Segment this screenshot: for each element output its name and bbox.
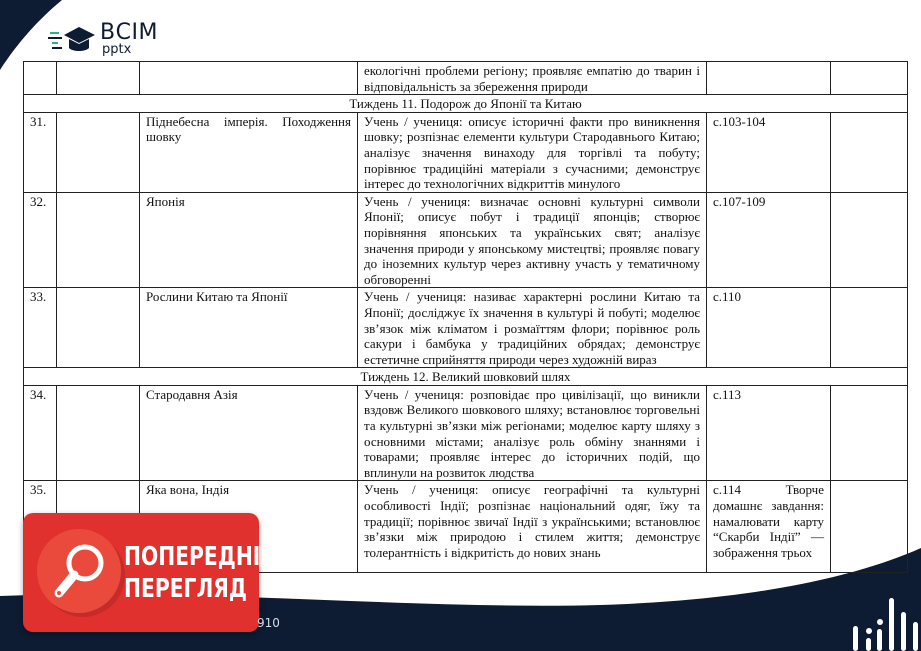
date-cell bbox=[57, 288, 140, 368]
notes-cell bbox=[831, 62, 908, 95]
curriculum-table: екологічні проблеми регіону; проявляє ем… bbox=[23, 61, 908, 573]
preview-line-1: ПОПЕРЕДНІЙ bbox=[124, 541, 277, 573]
date-cell bbox=[57, 112, 140, 192]
lesson-topic: Піднебесна імперія. Походження шовку bbox=[140, 112, 358, 192]
graduation-cap-icon bbox=[48, 22, 96, 56]
lesson-number: 34. bbox=[24, 385, 57, 481]
notes-cell bbox=[831, 192, 908, 288]
week-header-row: Тиждень 12. Великий шовковий шлях bbox=[24, 368, 908, 386]
table-row: 34. Стародавня Азія Учень / учениця: роз… bbox=[24, 385, 908, 481]
week-title: Тиждень 12. Великий шовковий шлях bbox=[24, 368, 908, 386]
pages-cell bbox=[707, 62, 831, 95]
textbook-pages: с.113 bbox=[707, 385, 831, 481]
table-row: екологічні проблеми регіону; проявляє ем… bbox=[24, 62, 908, 95]
lesson-number: 33. bbox=[24, 288, 57, 368]
preview-badge[interactable]: ПОПЕРЕДНІЙ ПЕРЕГЛЯД bbox=[23, 513, 259, 632]
date-cell bbox=[57, 192, 140, 288]
textbook-pages: с.107-109 bbox=[707, 192, 831, 288]
brand-logo: ВСІМ pptx bbox=[48, 22, 158, 56]
lesson-number: 32. bbox=[24, 192, 57, 288]
textbook-pages: с.103-104 bbox=[707, 112, 831, 192]
notes-cell bbox=[831, 481, 908, 573]
num-cell bbox=[24, 62, 57, 95]
notes-cell bbox=[831, 112, 908, 192]
notes-cell bbox=[831, 385, 908, 481]
brand-name: ВСІМ bbox=[100, 22, 158, 44]
learning-outcome: Учень / учениця: визначає основні культу… bbox=[358, 192, 707, 288]
topic-cell bbox=[140, 62, 358, 95]
textbook-pages: с.110 bbox=[707, 288, 831, 368]
lesson-number: 31. bbox=[24, 112, 57, 192]
preview-line-2: ПЕРЕГЛЯД bbox=[124, 573, 277, 605]
learning-outcome: Учень / учениця: описує географічні та к… bbox=[358, 481, 707, 573]
week-header-row: Тиждень 11. Подорож до Японії та Китаю bbox=[24, 95, 908, 113]
notes-cell bbox=[831, 288, 908, 368]
magnifier-icon bbox=[37, 529, 121, 613]
table-row: 32. Японія Учень / учениця: визначає осн… bbox=[24, 192, 908, 288]
learning-outcome: Учень / учениця: розповідає про цивіліза… bbox=[358, 385, 707, 481]
preview-label: ПОПЕРЕДНІЙ ПЕРЕГЛЯД bbox=[124, 541, 277, 605]
learning-outcome: Учень / учениця: описує історичні факти … bbox=[358, 112, 707, 192]
table-row: 31. Піднебесна імперія. Походження шовку… bbox=[24, 112, 908, 192]
date-cell bbox=[57, 62, 140, 95]
page-number: 910 bbox=[257, 616, 280, 630]
lesson-topic: Стародавня Азія bbox=[140, 385, 358, 481]
lesson-topic: Рослини Китаю та Японії bbox=[140, 288, 358, 368]
table-row: 33. Рослини Китаю та Японії Учень / учен… bbox=[24, 288, 908, 368]
week-title: Тиждень 11. Подорож до Японії та Китаю bbox=[24, 95, 908, 113]
textbook-pages: с.114 Творче домашнє завдання: намалюват… bbox=[707, 481, 831, 573]
date-cell bbox=[57, 385, 140, 481]
learning-outcome: Учень / учениця: називає характерні росл… bbox=[358, 288, 707, 368]
lesson-topic: Японія bbox=[140, 192, 358, 288]
outcome-cell: екологічні проблеми регіону; проявляє ем… bbox=[358, 62, 707, 95]
